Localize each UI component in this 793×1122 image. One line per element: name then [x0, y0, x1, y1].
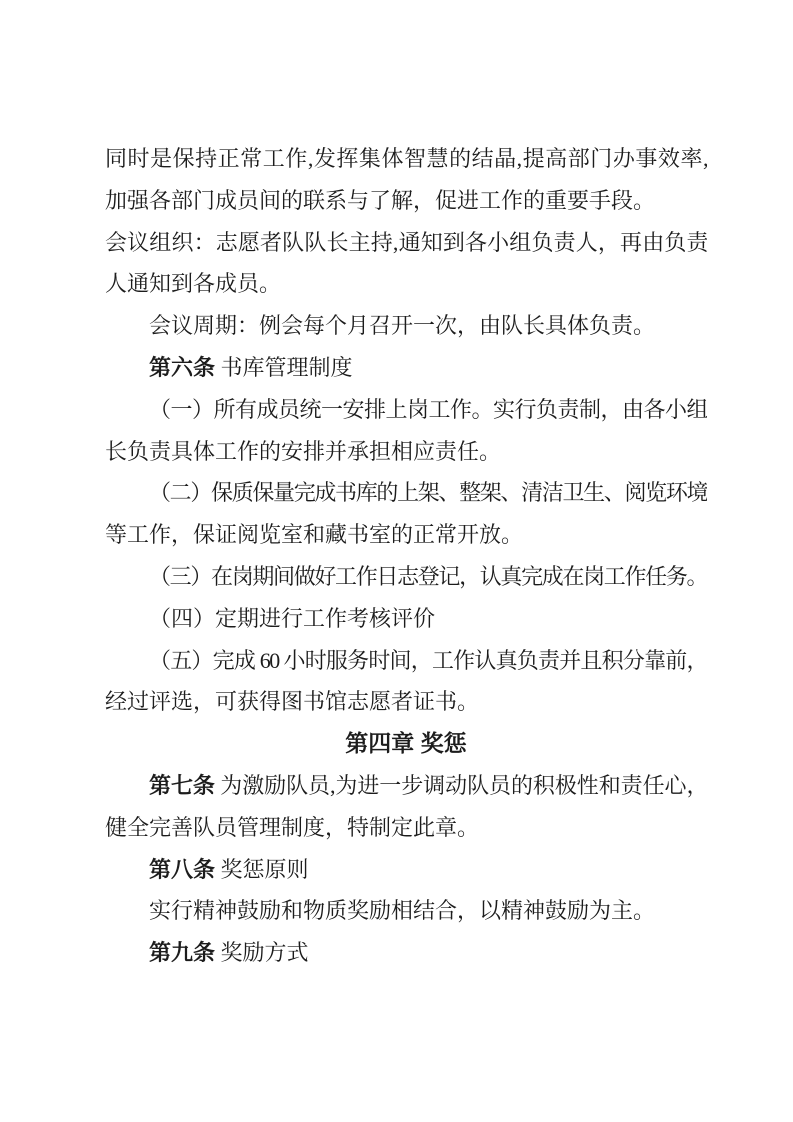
chapter-heading: 第四章 奖惩 [105, 723, 707, 765]
document-line: 会议组织：志愿者队队长主持,通知到各小组负责人，再由负责 [105, 222, 707, 264]
document-line: （五）完成 60 小时服务时间，工作认真负责并且积分靠前， [105, 640, 707, 682]
document-line: （二）保质保量完成书库的上架、整架、清洁卫生、阅览环境 [105, 472, 707, 514]
document-line: 第八条 奖惩原则 [105, 849, 707, 891]
clause-number: 第八条 [149, 857, 215, 882]
document-line: 人通知到各成员。 [105, 263, 707, 305]
document-content: 同时是保持正常工作,发挥集体智慧的结晶,提高部门办事效率,加强各部门成员间的联系… [105, 138, 707, 974]
document-line: 健全完善队员管理制度，特制定此章。 [105, 807, 707, 849]
document-line: 加强各部门成员间的联系与了解，促进工作的重要手段。 [105, 180, 707, 222]
document-line: 同时是保持正常工作,发挥集体智慧的结晶,提高部门办事效率, [105, 138, 707, 180]
clause-number: 第七条 [149, 773, 215, 798]
document-line: 第七条 为激励队员,为进一步调动队员的积极性和责任心， [105, 765, 707, 807]
document-line: 经过评选，可获得图书馆志愿者证书。 [105, 681, 707, 723]
document-line: 长负责具体工作的安排并承担相应责任。 [105, 431, 707, 473]
document-line: 实行精神鼓励和物质奖励相结合，以精神鼓励为主。 [105, 890, 707, 932]
document-line: 第六条 书库管理制度 [105, 347, 707, 389]
document-line: （三）在岗期间做好工作日志登记，认真完成在岗工作任务。 [105, 556, 707, 598]
clause-number: 第六条 [149, 355, 215, 380]
document-line: （一）所有成员统一安排上岗工作。实行负责制，由各小组 [105, 389, 707, 431]
document-line: （四）定期进行工作考核评价 [105, 598, 707, 640]
document-line: 会议周期：例会每个月召开一次，由队长具体负责。 [105, 305, 707, 347]
document-line: 等工作，保证阅览室和藏书室的正常开放。 [105, 514, 707, 556]
document-line: 第九条 奖励方式 [105, 932, 707, 974]
clause-number: 第九条 [149, 940, 215, 965]
document-page: 同时是保持正常工作,发挥集体智慧的结晶,提高部门办事效率,加强各部门成员间的联系… [0, 0, 793, 1122]
